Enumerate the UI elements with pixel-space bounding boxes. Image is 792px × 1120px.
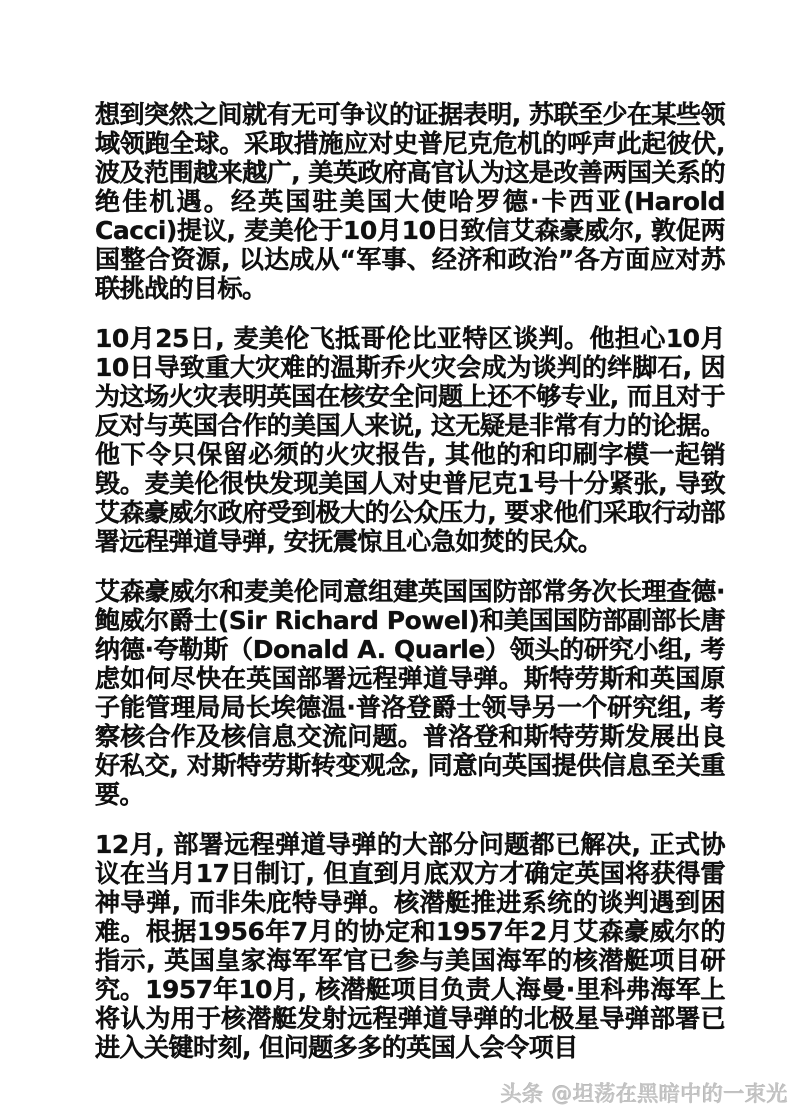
paragraph-4: 12月, 部署远程弹道导弹的大部分问题都已解决, 正式协议在当月17日制订, 但… — [95, 830, 725, 1062]
paragraph-1: 想到突然之间就有无可争议的证据表明, 苏联至少在某些领域领跑全球。采取措施应对史… — [95, 100, 725, 303]
document-page: 想到突然之间就有无可争议的证据表明, 苏联至少在某些领域领跑全球。采取措施应对史… — [0, 0, 792, 1120]
watermark-credit: 头条 @坦荡在黑暗中的一束光 — [501, 1078, 788, 1108]
paragraph-2: 10月25日, 麦美伦飞抵哥伦比亚特区谈判。他担心10月10日导致重大灾难的温斯… — [95, 324, 725, 556]
paragraph-3: 艾森豪威尔和麦美伦同意组建英国国防部常务次长理查德·鲍威尔爵士(Sir Rich… — [95, 577, 725, 809]
article-body: 想到突然之间就有无可争议的证据表明, 苏联至少在某些领域领跑全球。采取措施应对史… — [95, 100, 725, 1083]
